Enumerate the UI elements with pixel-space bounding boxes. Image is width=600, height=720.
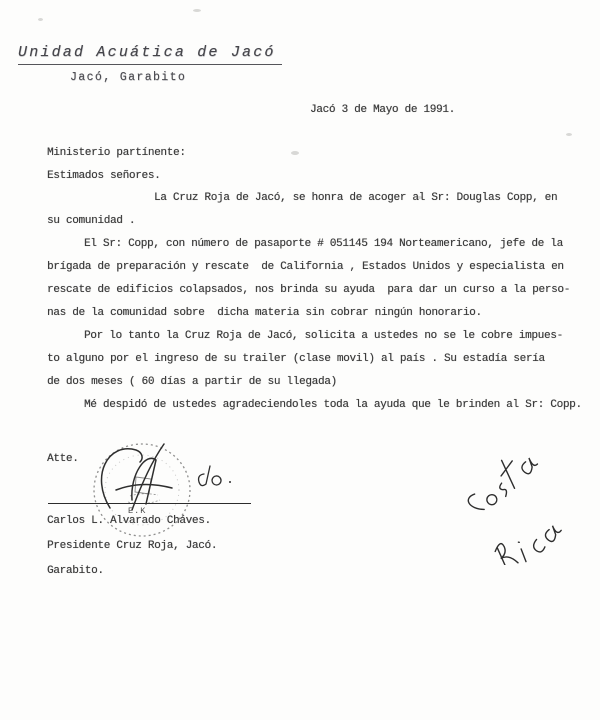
body-line: to alguno por el ingreso de su trailer (… <box>47 353 567 376</box>
body-line: La Cruz Roja de Jacó, se honra de acoger… <box>47 192 567 215</box>
handwritten-do-note <box>199 466 231 486</box>
letterhead-org-name: Unidad Acuática de Jacó <box>18 44 282 65</box>
letter-body: La Cruz Roja de Jacó, se honra de acoger… <box>47 192 567 422</box>
scan-smudge <box>38 18 43 21</box>
body-line: rescate de edificios colapsados, nos bri… <box>47 284 567 307</box>
body-line: El Sr: Copp, con número de pasaporte # 0… <box>47 238 567 261</box>
rubber-stamp-icon <box>80 430 250 550</box>
recipient-line: Ministerio partínente: <box>47 147 186 159</box>
body-line: de dos meses ( 60 días a partir de su ll… <box>47 376 567 399</box>
signatory-city: Garabito. <box>47 565 104 577</box>
costa-rica-handwriting-icon <box>440 440 600 565</box>
body-line: Mé despidó de ustedes agradeciendoles to… <box>47 399 567 422</box>
body-line: su comunidad . <box>47 215 567 238</box>
body-line: brígada de preparación y rescate de Cali… <box>47 261 567 284</box>
body-line: Por lo tanto la Cruz Roja de Jacó, solic… <box>47 330 567 353</box>
scanned-letter-page: Unidad Acuática de Jacó Jacó, Garabito J… <box>0 0 600 720</box>
body-line: nas de la comunidad sobre dicha materia … <box>47 307 567 330</box>
scan-smudge <box>291 151 299 155</box>
closing-line: Atte. <box>47 453 79 465</box>
scan-smudge <box>193 9 201 12</box>
salutation-line: Estimados señores. <box>47 170 160 182</box>
date-line: Jacó 3 de Mayo de 1991. <box>310 104 455 116</box>
stamp-and-signature <box>80 430 250 550</box>
signatory-name: Carlos L. Alvarado Cháves. <box>47 515 211 527</box>
scan-smudge <box>566 133 572 136</box>
handwritten-costa-rica <box>440 440 600 565</box>
signature-line <box>48 503 251 504</box>
letterhead-location: Jacó, Garabito <box>70 71 186 84</box>
